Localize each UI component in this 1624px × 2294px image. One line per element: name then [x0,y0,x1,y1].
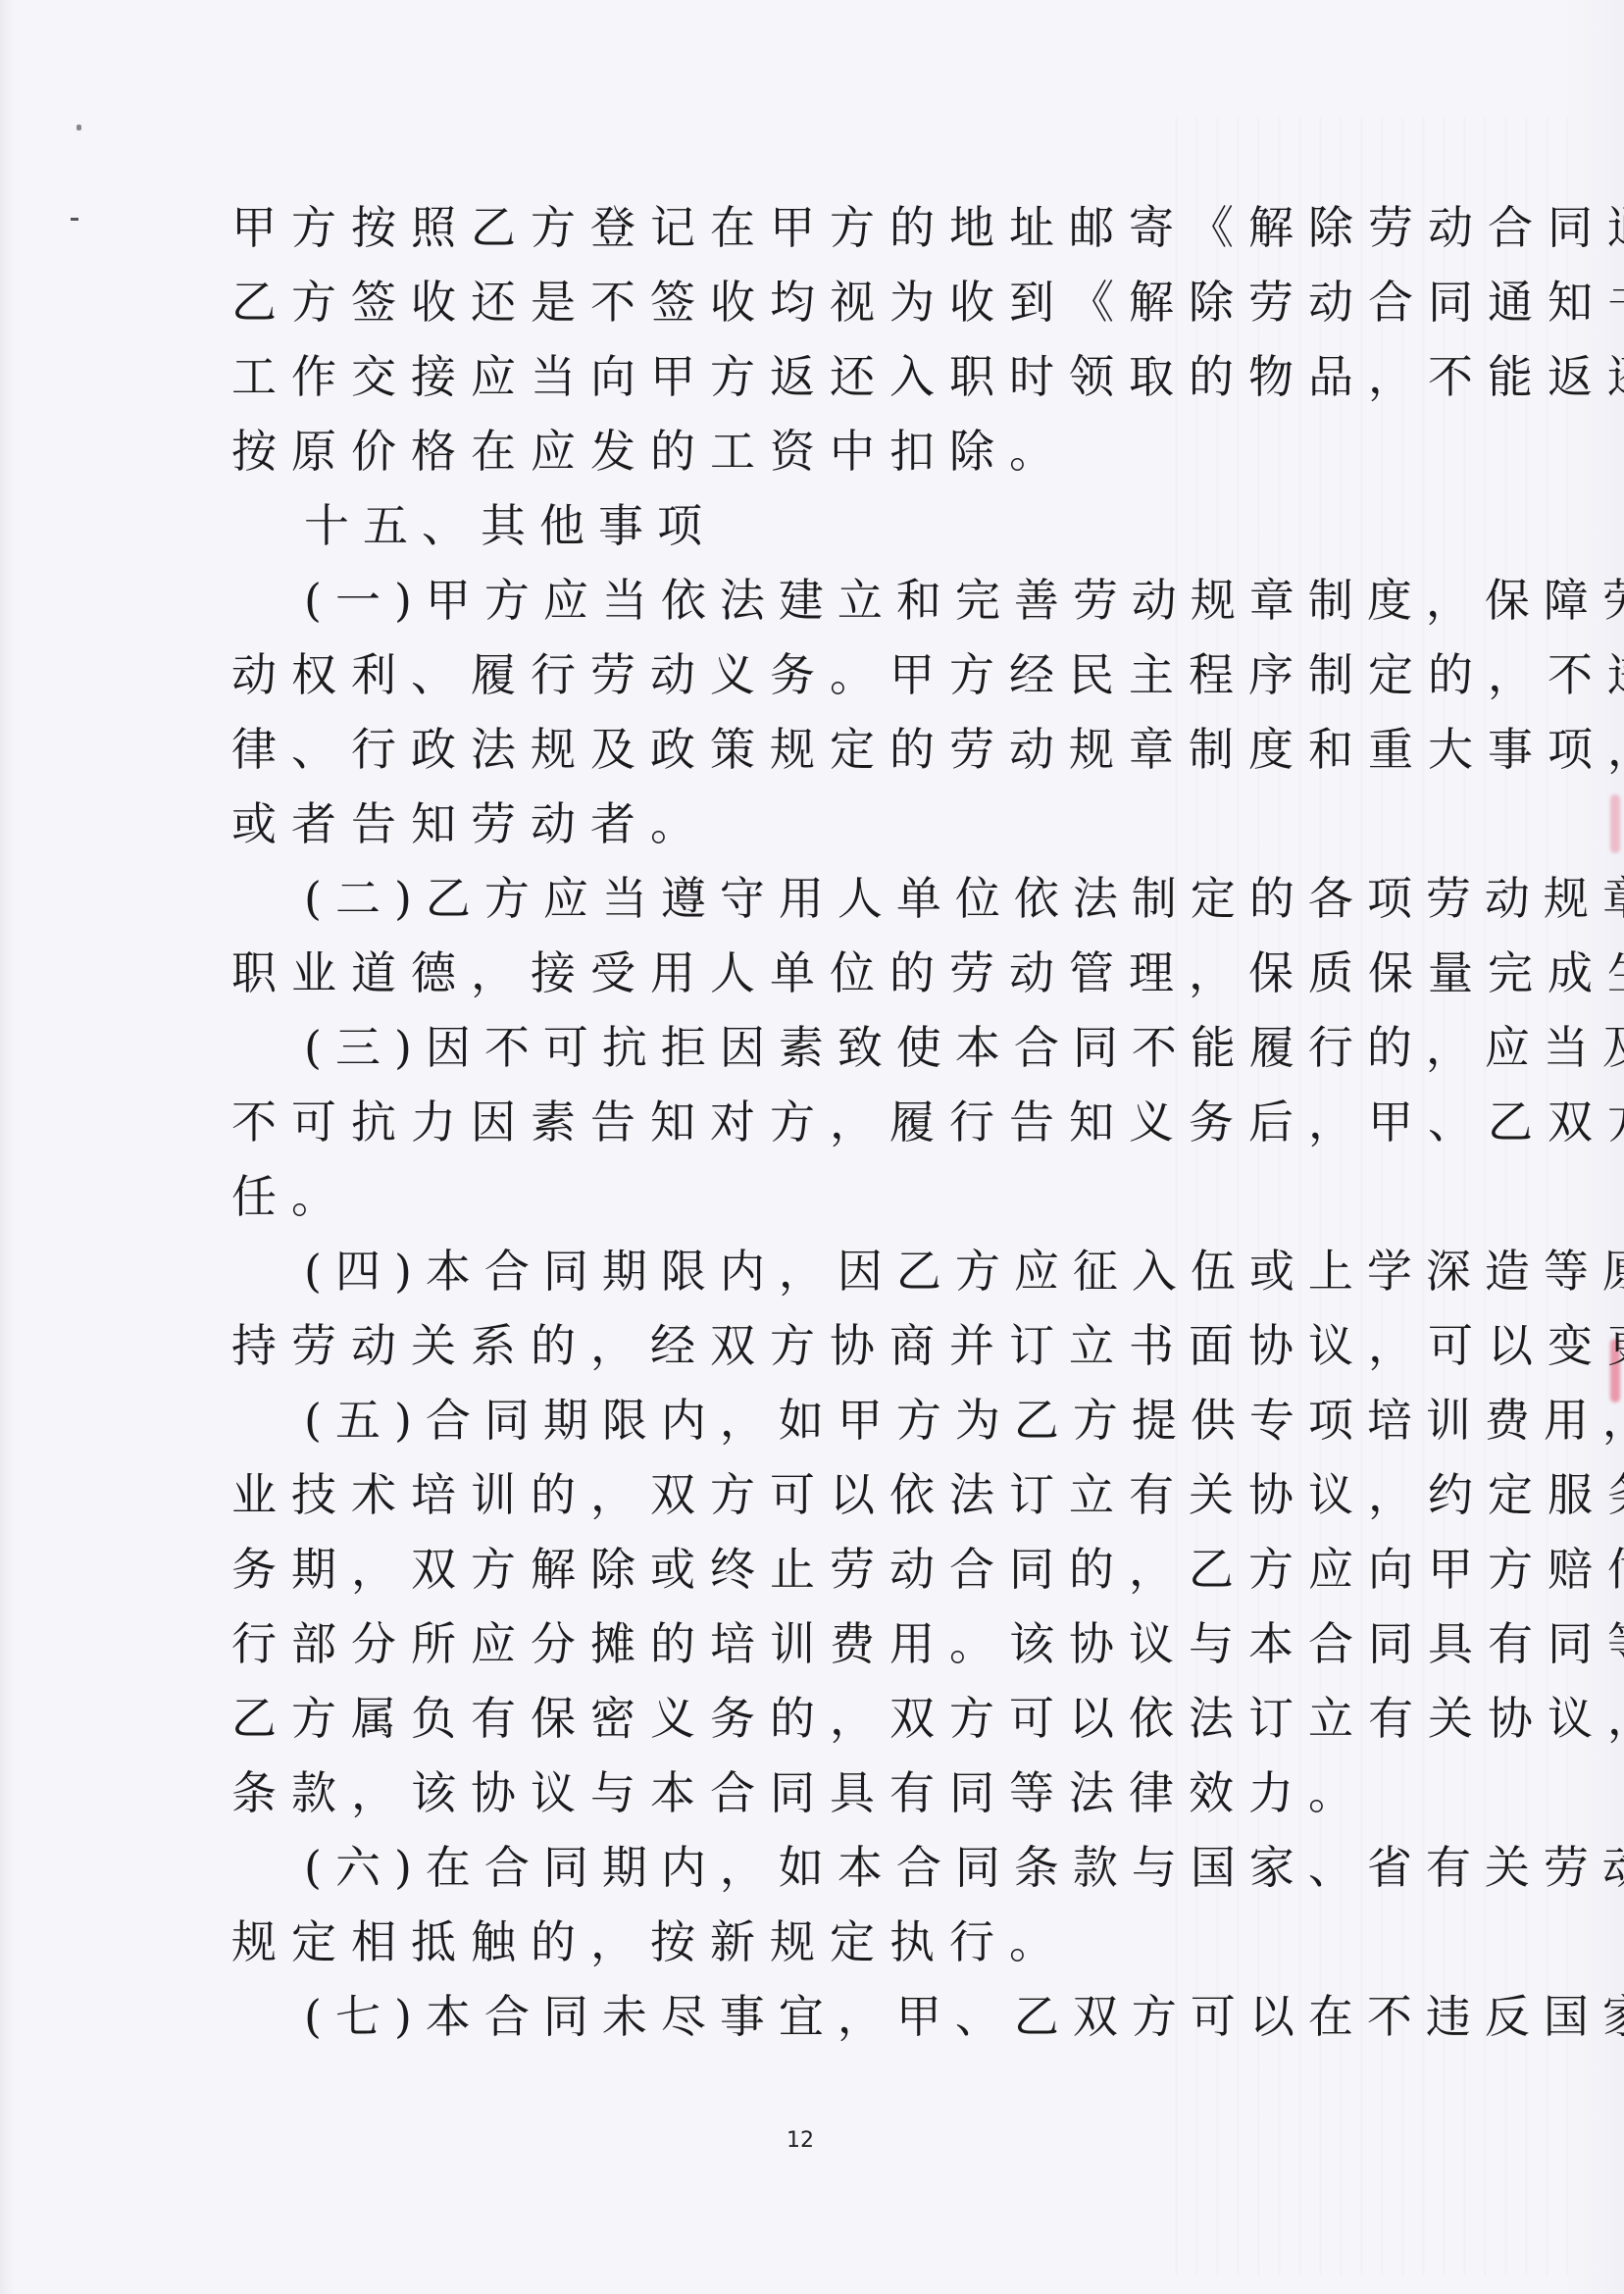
scan-speck [71,218,78,221]
text-line: 甲方按照乙方登记在甲方的地址邮寄《解除劳动合同通知书》，无论 [231,198,1369,257]
clause-5-line: 务期，双方解除或终止劳动合同的，乙方应向甲方赔付服务期尚未履 [231,1540,1369,1599]
clause-2-line: 职业道德，接受用人单位的劳动管理，保质保量完成生产(工作)任务。 [231,943,1369,1002]
clause-1-line: 或者告知劳动者。 [231,794,1369,853]
clause-2-line: (二)乙方应当遵守用人单位依法制定的各项劳动规章制度，遵守 [304,869,1442,928]
section-heading: 十五、其他事项 [304,496,1442,555]
clause-3-line: 不可抗力因素告知对方，履行告知义务后，甲、乙双方不承担违约责 [231,1093,1369,1151]
clause-5-line: 行部分所应分摊的培训费用。该协议与本合同具有同等法律效力；如 [231,1614,1369,1673]
clause-6-line: 规定相抵触的，按新规定执行。 [231,1912,1369,1971]
clause-5-line: 业技术培训的，双方可以依法订立有关协议，约定服务期，若未满服 [231,1465,1369,1524]
page-number: 12 [781,2128,820,2153]
text-line: 乙方签收还是不签收均视为收到《解除劳动合同通知书》。乙方办理 [231,273,1369,331]
scanned-page: 甲方按照乙方登记在甲方的地址邮寄《解除劳动合同通知书》，无论 乙方签收还是不签收… [0,0,1624,2294]
clause-1-line: 动权利、履行劳动义务。甲方经民主程序制定的，不违反国家有关法 [231,645,1369,704]
clause-1-line: (一)甲方应当依法建立和完善劳动规章制度，保障劳动者享有劳 [304,571,1442,630]
clause-5-line: (五)合同期限内，如甲方为乙方提供专项培训费用，对其进行专 [304,1391,1442,1450]
clause-7-line: (七)本合同未尽事宜，甲、乙双方可以在不违反国家法律、行政 [304,1987,1442,2046]
clause-6-line: (六)在合同期内，如本合同条款与国家、省有关劳动关系管理新 [304,1838,1442,1897]
text-line: 按原价格在应发的工资中扣除。 [231,422,1369,481]
clause-4-line: 持劳动关系的，经双方协商并订立书面协议，可以变更本合同条款。 [231,1316,1369,1375]
clause-4-line: (四)本合同期限内，因乙方应征入伍或上学深造等原因但仍需保 [304,1242,1442,1300]
clause-5-line: 条款，该协议与本合同具有同等法律效力。 [231,1763,1369,1822]
clause-5-line: 乙方属负有保密义务的，双方可以依法订立有关协议，约定竟业限制 [231,1689,1369,1748]
clause-1-line: 律、行政法规及政策规定的劳动规章制度和重大事项，应予以公示， [231,720,1369,779]
scan-speck [76,125,81,130]
clause-3-line: 任。 [231,1167,1369,1226]
text-line: 工作交接应当向甲方返还入职时领取的物品，不能返还的，甲方有权 [231,347,1369,406]
red-seal-edge-mark [1610,794,1620,853]
clause-3-line: (三)因不可抗拒因素致使本合同不能履行的，应当及时将出现的 [304,1018,1442,1077]
